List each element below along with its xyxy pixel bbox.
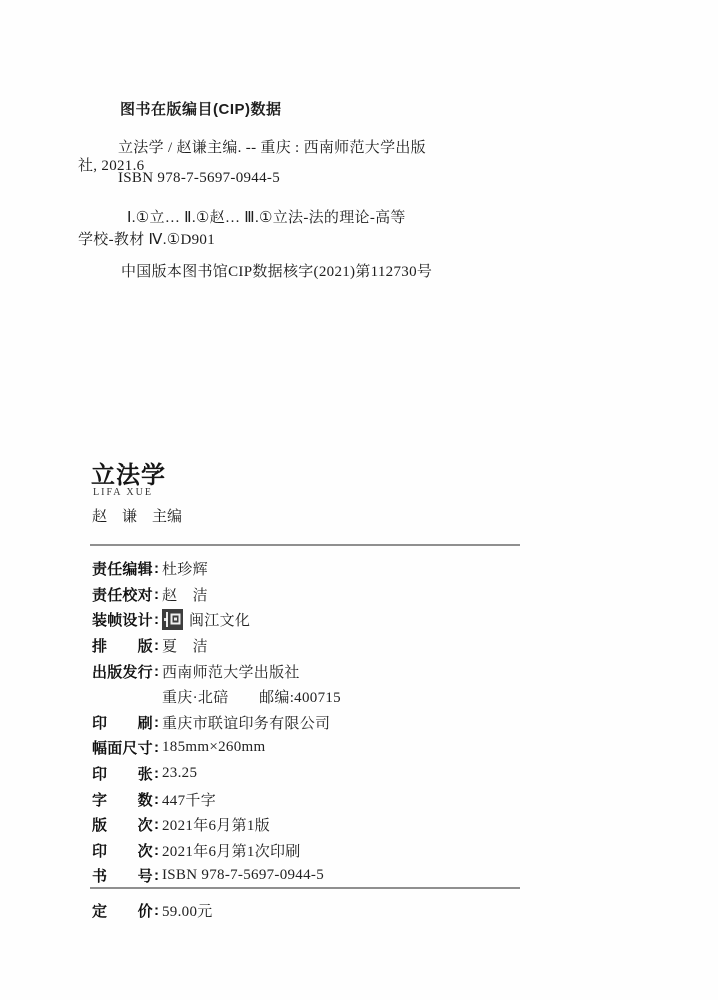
divider-rule-bottom [90,887,520,889]
colophon-row: 排 版:夏 洁 [92,633,341,659]
colophon-value: 59.00元 [162,900,213,921]
colophon-label: 幅面尺寸 [92,737,154,758]
colophon-colon: : [154,739,159,756]
colophon-label: 出版发行 [92,661,154,682]
colophon-label: 定 价 [92,900,154,921]
colophon-row: 印 次:2021年6月第1次印刷 [92,838,341,864]
colophon-row: 责任校对:赵 洁 [92,582,341,608]
colophon-row: 印 刷:重庆市联谊印务有限公司 [92,710,341,736]
book-author: 赵 谦 主编 [92,505,182,526]
cip-isbn-line: ISBN 978-7-5697-0944-5 [118,170,280,187]
colophon-colon: : [154,791,159,808]
price-row: 定 价:59.00元 [92,899,213,921]
colophon-colon: : [154,637,159,654]
minjiang-culture-logo [162,609,183,630]
colophon-value: 西南师范大学出版社 [162,661,300,682]
colophon-row: 出版发行:西南师范大学出版社 [92,658,341,684]
book-title-pinyin: LIFA XUE [93,487,153,498]
colophon-value: 夏 洁 [162,635,208,656]
colophon-colon: : [154,586,159,603]
colophon-label: 字 数 [92,789,154,810]
colophon-row: 装帧设计:闽江文化 [92,607,341,633]
colophon-colon: : [154,765,159,782]
colophon-value: 2021年6月第1版 [162,814,270,835]
colophon-label: 装帧设计 [92,609,154,630]
colophon-rows: 责任编辑:杜珍辉 责任校对:赵 洁 装帧设计:闽江文化 排 版:夏 洁 出版发行… [92,556,341,889]
colophon-row: 定 价:59.00元 [92,899,213,921]
colophon-value: 杜珍辉 [162,558,208,579]
book-title: 立法学 [91,455,166,490]
colophon-row: 印 张:23.25 [92,761,341,787]
colophon-row: 书 号:ISBN 978-7-5697-0944-5 [92,863,341,889]
colophon-value: 重庆市联谊印务有限公司 [162,712,330,733]
colophon-colon: : [154,611,159,628]
colophon-label: 印 次 [92,840,154,861]
colophon-colon: : [154,714,159,731]
colophon-value: ISBN 978-7-5697-0944-5 [162,867,324,884]
colophon-row: 责任编辑:杜珍辉 [92,556,341,582]
divider-rule-top [90,544,520,546]
colophon-value: 重庆·北碚 邮编:400715 [162,686,341,707]
colophon-value: 447千字 [162,789,216,810]
colophon-value: 185mm×260mm [162,739,265,756]
colophon-row: :重庆·北碚 邮编:400715 [92,684,341,710]
colophon-colon: : [154,560,159,577]
colophon-row: 版 次:2021年6月第1版 [92,812,341,838]
colophon-value: 赵 洁 [162,584,208,605]
cip-classification-line1: Ⅰ.①立… Ⅱ.①赵… Ⅲ.①立法-法的理论-高等 [127,206,406,227]
colophon-colon: : [154,663,159,680]
colophon-label: 责任校对 [92,584,154,605]
colophon-value: 闽江文化 [189,609,250,630]
cip-classification-line2: 学校-教材 Ⅳ.①D901 [78,228,215,249]
colophon-label: 印 刷 [92,712,154,733]
colophon-label: 书 号 [92,865,154,886]
colophon-colon: : [154,816,159,833]
colophon-label: 印 张 [92,763,154,784]
colophon-row: 幅面尺寸:185mm×260mm [92,735,341,761]
colophon-label: 排 版 [92,635,154,656]
cip-bib-line1: 立法学 / 赵谦主编. -- 重庆 : 西南师范大学出版 [118,136,426,157]
book-copyright-page: 图书在版编目(CIP)数据 立法学 / 赵谦主编. -- 重庆 : 西南师范大学… [0,0,718,1000]
cip-heading: 图书在版编目(CIP)数据 [120,98,282,119]
colophon-colon: : [154,902,159,919]
colophon-colon: : [154,867,159,884]
colophon-value: 23.25 [162,765,197,782]
colophon-row: 字 数:447千字 [92,786,341,812]
cip-record-number-line: 中国版本图书馆CIP数据核字(2021)第112730号 [121,260,432,281]
colophon-label: 版 次 [92,814,154,835]
colophon-colon: : [154,842,159,859]
colophon-value: 2021年6月第1次印刷 [162,840,301,861]
colophon-label: 责任编辑 [92,558,154,579]
